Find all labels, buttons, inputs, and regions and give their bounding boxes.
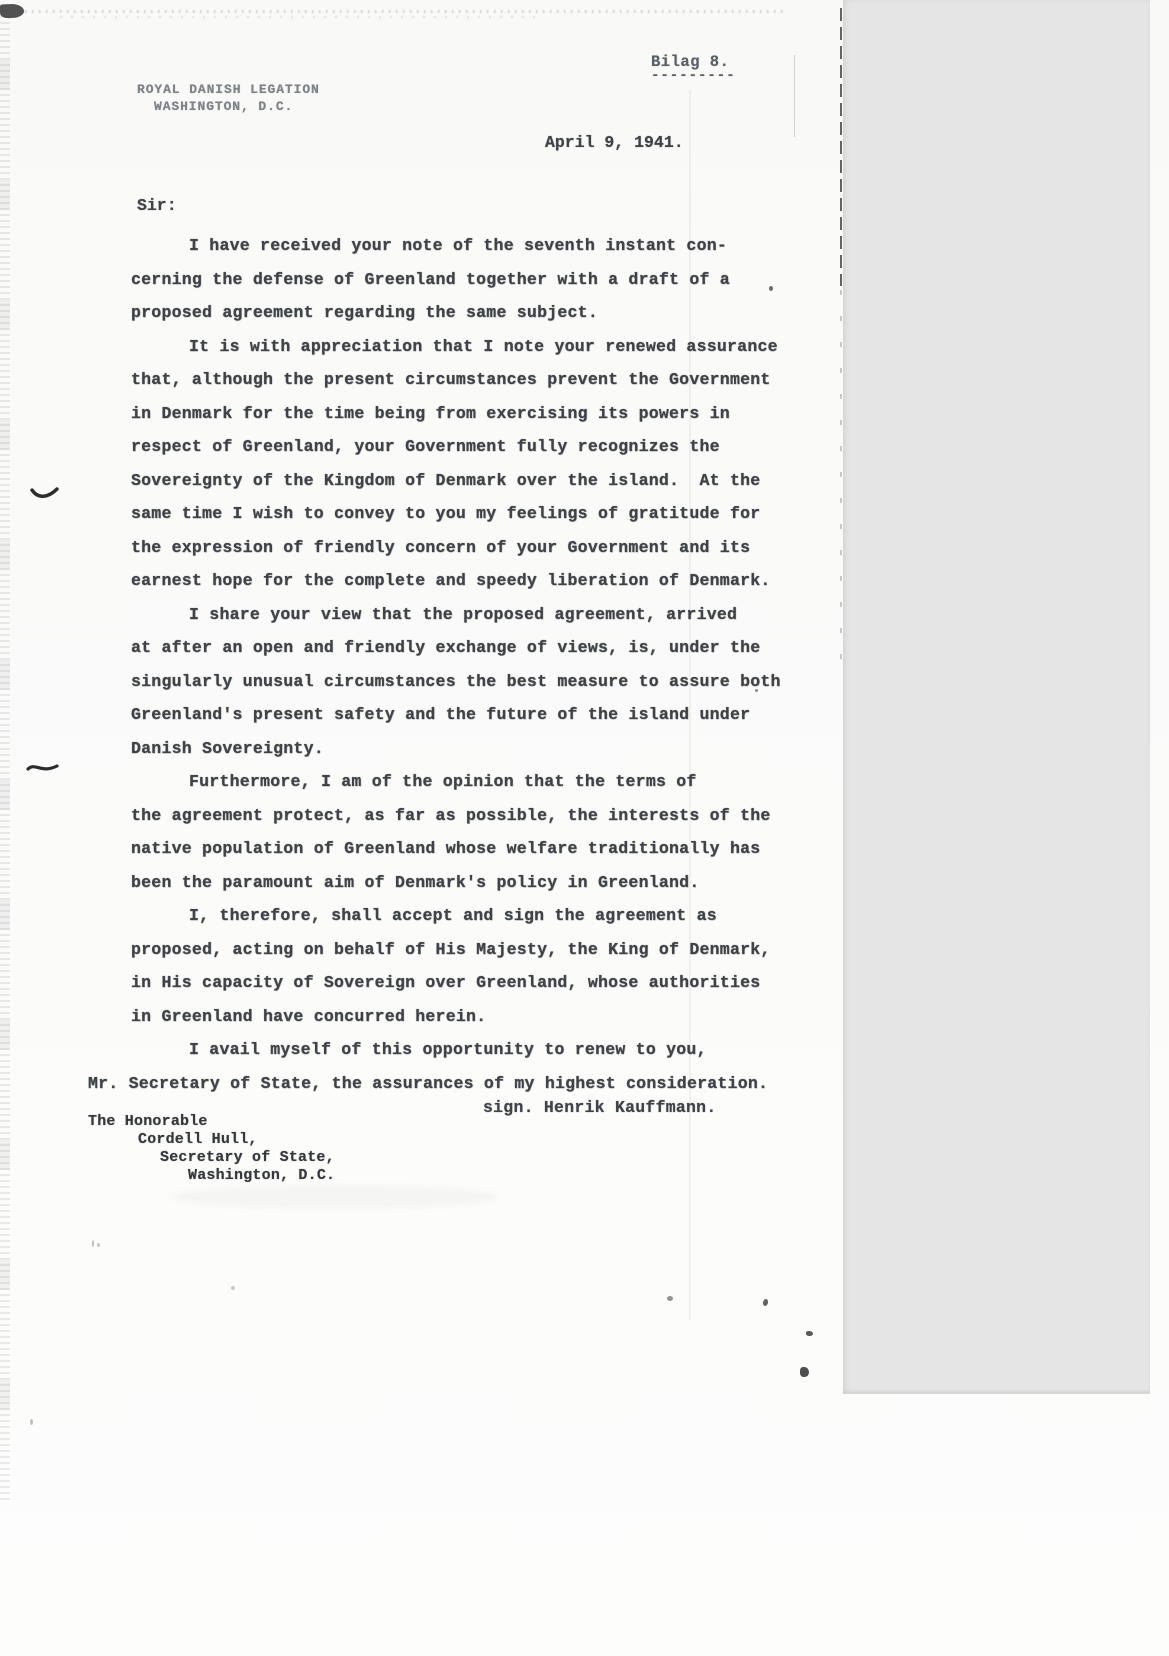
letterhead: ROYAL DANISH LEGATION WASHINGTON, D.C. bbox=[137, 81, 320, 115]
letter-line: in Greenland have concurred herein. bbox=[131, 1000, 831, 1034]
scan-noise bbox=[0, 0, 10, 1500]
letter-line: proposed, acting on behalf of His Majest… bbox=[131, 933, 831, 967]
ink-speck bbox=[231, 1286, 235, 1290]
letter-line: same time I wish to convey to you my fee… bbox=[131, 497, 831, 531]
letter-line: proposed agreement regarding the same su… bbox=[131, 296, 831, 330]
page-edge-line bbox=[840, 8, 842, 286]
date-line: April 9, 1941. bbox=[545, 133, 684, 152]
letterhead-line1: ROYAL DANISH LEGATION bbox=[137, 81, 320, 98]
letter-line: It is with appreciation that I note your… bbox=[131, 330, 831, 364]
letter-line: at after an open and friendly exchange o… bbox=[131, 631, 831, 665]
address-line: Cordell Hull, bbox=[138, 1131, 335, 1149]
letter-line: I have received your note of the seventh… bbox=[131, 229, 831, 263]
letter-line: the agreement protect, as far as possibl… bbox=[131, 799, 831, 833]
page-edge-line-faint bbox=[840, 290, 842, 660]
letter-line: I, therefore, shall accept and sign the … bbox=[131, 899, 831, 933]
ink-speck bbox=[92, 1240, 94, 1247]
smudge bbox=[170, 1185, 500, 1209]
scanner-backing bbox=[843, 0, 1150, 1394]
scan-noise bbox=[60, 16, 540, 18]
letter-line: that, although the present circumstances… bbox=[131, 363, 831, 397]
letter-line: Danish Sovereignty. bbox=[131, 732, 831, 766]
salutation: Sir: bbox=[137, 196, 177, 215]
fold-line bbox=[794, 55, 795, 137]
scan-noise bbox=[25, 10, 785, 13]
ink-speck bbox=[30, 1419, 33, 1425]
letter-line: Sovereignty of the Kingdom of Denmark ov… bbox=[131, 464, 831, 498]
signature-line: sign. Henrik Kauffmann. bbox=[483, 1098, 717, 1117]
letter-line: Furthermore, I am of the opinion that th… bbox=[131, 765, 831, 799]
address-line: Washington, D.C. bbox=[188, 1167, 335, 1185]
pen-check-mark bbox=[30, 484, 60, 504]
letter-line: been the paramount aim of Denmark's poli… bbox=[131, 866, 831, 900]
scanned-letter-page: ROYAL DANISH LEGATION WASHINGTON, D.C. B… bbox=[0, 0, 1169, 1656]
ink-speck bbox=[667, 1296, 673, 1301]
letter-line: I avail myself of this opportunity to re… bbox=[131, 1033, 831, 1067]
ink-speck bbox=[800, 1367, 809, 1377]
letter-line: I share your view that the proposed agre… bbox=[131, 598, 831, 632]
letter-line: native population of Greenland whose wel… bbox=[131, 832, 831, 866]
letter-line: earnest hope for the complete and speedy… bbox=[131, 564, 831, 598]
ink-speck bbox=[806, 1331, 813, 1336]
address-line: Secretary of State, bbox=[160, 1149, 335, 1167]
ink-blot bbox=[0, 3, 24, 18]
letter-line: singularly unusual circumstances the bes… bbox=[131, 665, 831, 699]
letter-line: respect of Greenland, your Government fu… bbox=[131, 430, 831, 464]
pen-squiggle-mark bbox=[26, 758, 60, 778]
letter-line: Greenland's present safety and the futur… bbox=[131, 698, 831, 732]
letter-line: cerning the defense of Greenland togethe… bbox=[131, 263, 831, 297]
letter-line: the expression of friendly concern of yo… bbox=[131, 531, 831, 565]
letter-line: in His capacity of Sovereign over Greenl… bbox=[131, 966, 831, 1000]
letter-body: I have received your note of the seventh… bbox=[131, 229, 831, 1100]
attachment-underline: --------- bbox=[651, 68, 736, 84]
recipient-address: The HonorableCordell Hull,Secretary of S… bbox=[88, 1113, 335, 1185]
attachment-label: Bilag 8. --------- bbox=[651, 53, 736, 84]
letter-line: in Denmark for the time being from exerc… bbox=[131, 397, 831, 431]
ink-speck bbox=[97, 1243, 100, 1247]
address-line: The Honorable bbox=[88, 1113, 335, 1131]
ink-speck bbox=[762, 1298, 769, 1306]
letter-line: Mr. Secretary of State, the assurances o… bbox=[88, 1067, 831, 1101]
letterhead-line2: WASHINGTON, D.C. bbox=[137, 98, 320, 115]
